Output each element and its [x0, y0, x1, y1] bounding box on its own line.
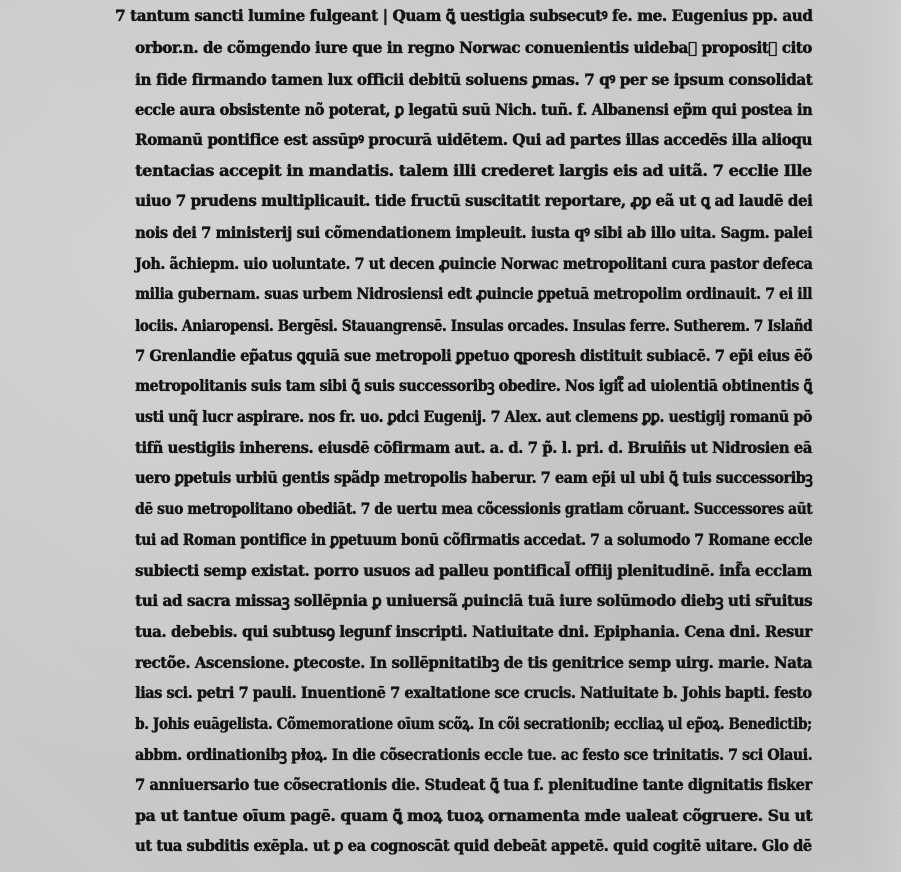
- manuscript-line: tentacias accepit in mandatis. talem ill…: [135, 161, 812, 181]
- manuscript-line: b. Johis euāgelista. Cõmemoratione oīum …: [135, 714, 812, 734]
- manuscript-line: milia gubernam. suas urbem Nidrosiensi e…: [135, 284, 812, 304]
- page-edge-shading: [861, 0, 901, 872]
- manuscript-line: 7 Grenlandie ep̃atus ꝗquiā sue metropoli…: [135, 346, 812, 366]
- manuscript-line: Joh. ãchiepm. uio uoluntate. 7 ut decen …: [135, 254, 812, 274]
- manuscript-line: uero ꝑpetuis urbiū gentis spãdp metropol…: [135, 468, 812, 488]
- manuscript-line: subiecti semp existat. porro usuos ad pa…: [135, 561, 812, 581]
- manuscript-line: nois dei 7 ministerij sui cõmendationem …: [135, 223, 812, 243]
- manuscript-line: tua. debebis. qui subtusꝯ legunf inscrip…: [135, 622, 812, 642]
- manuscript-line: tui ad sacra missaꝫ sollēpnia ꝑ uniuersã…: [135, 591, 812, 611]
- manuscript-line: tifñ uestigiis inherens. eiusdē cōfirmam…: [135, 438, 812, 458]
- manuscript-line: uiuo 7 prudens multiplicauit. tide fruct…: [135, 191, 812, 211]
- manuscript-line: 7 anniuersario tue cõsecrationis die. St…: [135, 775, 812, 795]
- manuscript-line: rectõe. Ascensione. ꝑtecoste. In sollēpn…: [135, 653, 812, 673]
- manuscript-line: dē suo metropolitano obediāt. 7 de uertu…: [135, 499, 812, 519]
- manuscript-line: lociis. Aniaropensi. Bergēsi. Stauangren…: [135, 316, 812, 336]
- manuscript-line: 7 tantum sancti lumine fulgeant | Quam ꝗ…: [115, 6, 812, 26]
- manuscript-line: metropolitanis suis tam sibi ꝗ̃ suis suc…: [135, 376, 812, 396]
- manuscript-line: pa ut tantue oīum pagē. quam ꝗ̃ moꝝ tuoꝝ…: [135, 806, 812, 826]
- manuscript-line: lias sci. petri 7 pauli. Inuentionē 7 ex…: [135, 683, 812, 703]
- manuscript-line: Romanū pontifice est assūpꝰ procurā uidē…: [135, 130, 812, 150]
- manuscript-line: usti unq̃ lucr aspirare. nos fr. uo. ꝑdc…: [135, 407, 812, 427]
- manuscript-page: 7 tantum sancti lumine fulgeant | Quam ꝗ…: [0, 0, 901, 872]
- manuscript-line: eccle aura obsistente nõ poterat, ꝑ lega…: [135, 100, 812, 120]
- manuscript-line: tui ad Roman pontifice in ꝑpetuum bonū c…: [135, 530, 812, 550]
- manuscript-line: abbm. ordinationibꝫ pɫoꝝ. In die cõsecra…: [135, 745, 812, 765]
- manuscript-line: ut tua subditis exēpla. ut ꝑ ea cognoscā…: [135, 836, 812, 856]
- manuscript-line: orbor.n. de cõmgendo iure que in regno N…: [135, 38, 812, 58]
- manuscript-line: in fide firmando tamen lux officii debit…: [135, 70, 812, 90]
